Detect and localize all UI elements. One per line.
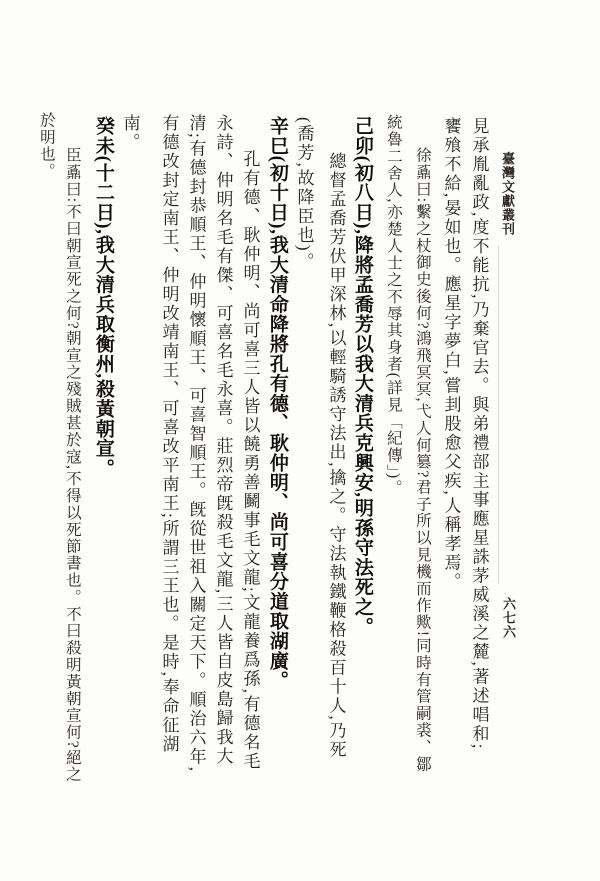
text-column-16: 於明也。 [37,112,55,180]
text-column-5: 己卯(初八日),降將孟喬芳以我大清兵克興安,明孫守法死之。 [351,116,373,636]
book-page: 臺灣文獻叢刊 六七六 見承胤亂政,度不能抗,乃棄官去。與弟禮部主事應星誅茅威溪之… [0,0,600,881]
text-column-6: 總督孟喬芳伏甲深林,以輕騎誘守法出,擒之。守法執鐵鞭格殺百十人,乃死 [326,152,346,760]
text-column-9: 孔有德、耿仲明、尚可喜三人皆以饒勇善鬭事毛文龍;文龍養爲孫,有德名毛 [240,150,260,771]
text-column-8: 辛巳(初十日),我大清命降將孔有德、耿仲明、尚可喜分道取湖廣。 [266,116,288,690]
text-column-3: 徐鼒曰:繫之杖御史後何?鴻飛冥冥,弋人何篡?君子所以見機而作歟!同時有管嗣裘、鄒 [413,147,431,773]
text-column-14: 癸未(十二日),我大清兵取衡州,殺黃朝宣。 [92,116,114,478]
text-column-12: 有德改封定南王、仲明改靖南王、可喜改平南王;所謂三王也。是時,奉命征湖 [159,114,179,754]
page-number: 六七六 [500,597,515,639]
text-column-4: 統魯二舍人,亦楚人士之不辱其身者(詳見「紀傳」)。 [384,114,402,496]
text-column-2: 饔飱不給,晏如也。應星字夢白,嘗刲股愈父疾,人稱孝焉。 [441,117,461,592]
book-title: 臺灣文獻叢刊 [499,152,514,236]
header-rule [498,246,499,584]
text-column-15: 臣鼒曰:不曰朝宣死之何?朝宣之殘賊甚於寇,不得以死節書也。不曰殺明黃朝宣何?絕之 [63,147,81,783]
text-column-11: 清;有德封恭順王、仲明懷順王、可喜智順王。旣從世祖入關定天下。順治六年, [186,114,206,773]
text-column-1: 見承胤亂政,度不能抗,乃棄官去。與弟禮部主事應星誅茅威溪之麓,著述唱和; [469,117,489,750]
text-column-10: 永詩、仲明名毛有傑、可喜名毛永喜。莊烈帝旣殺毛文龍,三人皆自皮島歸我大 [213,114,233,766]
text-column-7: (喬芳,故降臣也)。 [294,117,314,272]
text-column-13: 南。 [120,114,140,152]
